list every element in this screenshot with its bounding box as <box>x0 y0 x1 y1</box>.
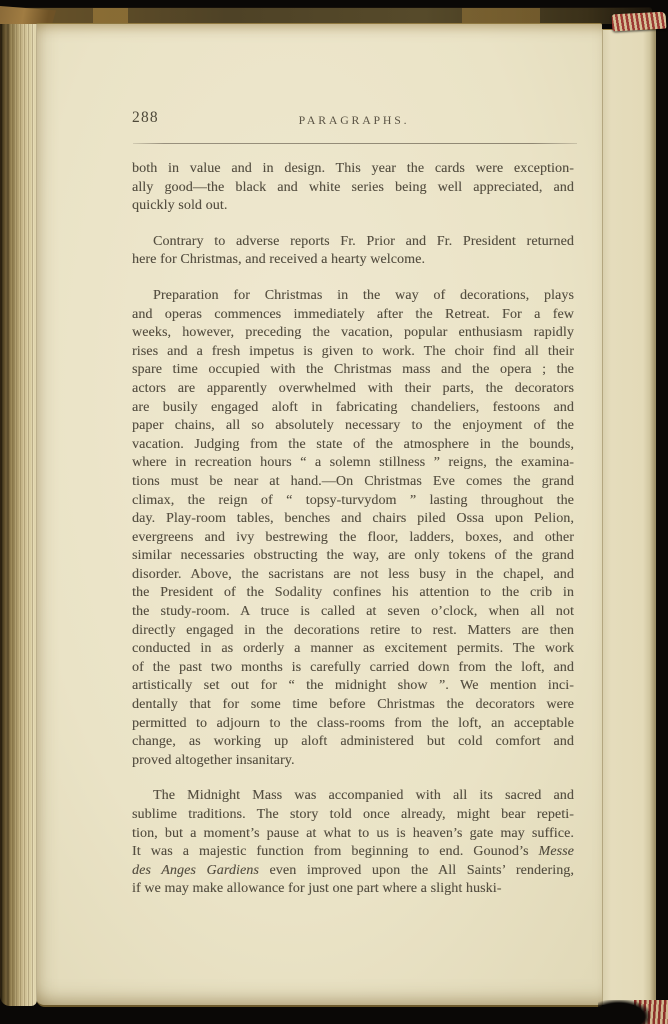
stacked-page-edges <box>0 24 37 1006</box>
text-segment: dentally that for some time before Chris… <box>132 697 574 712</box>
text-line: The Midnight Mass was accompanied with a… <box>132 787 574 806</box>
text-segment: rises and a fresh impetus is given to wo… <box>132 344 574 359</box>
text-segment: sublime traditions. The story told once … <box>132 807 574 822</box>
text-line: evergreens and ivy bestrewing the floor,… <box>132 529 574 548</box>
text-line: quickly sold out. <box>132 197 574 216</box>
paragraph: Contrary to adverse reports Fr. Prior an… <box>132 233 574 270</box>
text-segment: both in value and in design. This year t… <box>132 161 574 176</box>
header-rule <box>133 143 577 144</box>
book-cover-top-edge <box>0 7 652 24</box>
text-line: artistically set out for “ the midnight … <box>132 677 574 696</box>
text-segment: It was a majestic function from beginnin… <box>132 844 539 859</box>
text-line: day. Play-room tables, benches and chair… <box>132 510 574 529</box>
text-segment: even improved upon the All Saints’ rende… <box>259 863 574 878</box>
text-line: sublime traditions. The story told once … <box>132 806 574 825</box>
page-text: both in value and in design. This year t… <box>132 160 574 899</box>
text-segment: quickly sold out. <box>132 198 227 213</box>
text-segment: the study-room. A truce is called at sev… <box>132 604 574 619</box>
text-line: spare time occupied with the Christmas m… <box>132 361 574 380</box>
text-line: climax, the reign of “ topsy-turvydom ” … <box>132 492 574 511</box>
text-segment: The Midnight Mass was accompanied with a… <box>153 788 574 803</box>
text-line: proved altogether insanitary. <box>132 752 574 771</box>
text-segment: permitted to adjourn to the class-rooms … <box>132 716 574 731</box>
text-line: It was a majestic function from beginnin… <box>132 843 574 862</box>
text-segment: tions must be near at hand.—On Christmas… <box>132 474 574 489</box>
text-line: both in value and in design. This year t… <box>132 160 574 179</box>
text-line: vacation. Judging from the state of the … <box>132 436 574 455</box>
paragraph: Preparation for Christmas in the way of … <box>132 287 574 770</box>
text-line: where in recreation hours “ a solemn sti… <box>132 454 574 473</box>
text-line: ally good—the black and white series bei… <box>132 179 574 198</box>
text-segment: if we may make allowance for just one pa… <box>132 881 502 896</box>
text-segment: ally good—the black and white series bei… <box>132 180 574 195</box>
italic-text: Messe <box>539 844 575 859</box>
text-segment: weeks, however, preceding the vacation, … <box>132 325 574 340</box>
paragraph: both in value and in design. This year t… <box>132 160 574 216</box>
text-segment: actors are apparently overwhelmed with t… <box>132 381 574 396</box>
text-segment: here for Christmas, and received a heart… <box>132 252 425 267</box>
text-line: directly engaged in the decorations reti… <box>132 622 574 641</box>
text-segment: and operas commences immediately after t… <box>132 307 574 322</box>
italic-text: des Anges Gardiens <box>132 863 259 878</box>
text-segment: similar necessaries obstructing the way,… <box>132 548 574 563</box>
text-segment: the President of the Sodality confines h… <box>132 585 574 600</box>
text-line: conducted in as orderly a manner as exci… <box>132 640 574 659</box>
text-line: tions must be near at hand.—On Christmas… <box>132 473 574 492</box>
headband-top-right <box>612 12 667 32</box>
text-line: disorder. Above, the sacristans are not … <box>132 566 574 585</box>
text-segment: vacation. Judging from the state of the … <box>132 437 574 452</box>
text-line: tion, but a moment’s pause at what to us… <box>132 825 574 844</box>
text-line: change, as working up aloft administered… <box>132 733 574 752</box>
text-segment: day. Play-room tables, benches and chair… <box>132 511 574 526</box>
text-segment: are busily engaged aloft in fabricating … <box>132 400 574 415</box>
text-line: permitted to adjourn to the class-rooms … <box>132 715 574 734</box>
text-line: if we may make allowance for just one pa… <box>132 880 574 899</box>
text-segment: climax, the reign of “ topsy-turvydom ” … <box>132 493 574 508</box>
text-segment: change, as working up aloft administered… <box>132 734 574 749</box>
adjacent-page-edge <box>602 29 656 1005</box>
text-segment: disorder. Above, the sacristans are not … <box>132 567 574 582</box>
running-header: PARAGRAPHS. <box>132 113 576 128</box>
text-line: similar necessaries obstructing the way,… <box>132 547 574 566</box>
text-segment: spare time occupied with the Christmas m… <box>132 362 574 377</box>
text-segment: of the past two months is carefully carr… <box>132 660 574 675</box>
text-segment: conducted in as orderly a manner as exci… <box>132 641 574 656</box>
text-segment: tion, but a moment’s pause at what to us… <box>132 826 574 841</box>
text-line: Preparation for Christmas in the way of … <box>132 287 574 306</box>
text-line: rises and a fresh impetus is given to wo… <box>132 343 574 362</box>
text-line: Contrary to adverse reports Fr. Prior an… <box>132 233 574 252</box>
text-line: are busily engaged aloft in fabricating … <box>132 399 574 418</box>
text-segment: artistically set out for “ the midnight … <box>132 678 574 693</box>
text-line: of the past two months is carefully carr… <box>132 659 574 678</box>
shadow-bottom-right <box>598 1000 650 1024</box>
text-line: and operas commences immediately after t… <box>132 306 574 325</box>
text-line: the President of the Sodality confines h… <box>132 584 574 603</box>
text-line: weeks, however, preceding the vacation, … <box>132 324 574 343</box>
text-line: here for Christmas, and received a heart… <box>132 251 574 270</box>
text-segment: proved altogether insanitary. <box>132 753 295 768</box>
text-segment: Contrary to adverse reports Fr. Prior an… <box>153 234 574 249</box>
text-segment: evergreens and ivy bestrewing the floor,… <box>132 530 574 545</box>
text-segment: directly engaged in the decorations reti… <box>132 623 574 638</box>
book-page: 288 PARAGRAPHS. both in value and in des… <box>36 23 602 1007</box>
text-line: actors are apparently overwhelmed with t… <box>132 380 574 399</box>
text-segment: where in recreation hours “ a solemn sti… <box>132 455 574 470</box>
text-line: paper chains, all so absolutely necessar… <box>132 417 574 436</box>
text-line: the study-room. A truce is called at sev… <box>132 603 574 622</box>
paragraph: The Midnight Mass was accompanied with a… <box>132 787 574 899</box>
text-line: dentally that for some time before Chris… <box>132 696 574 715</box>
text-segment: paper chains, all so absolutely necessar… <box>132 418 574 433</box>
text-segment: Preparation for Christmas in the way of … <box>153 288 574 303</box>
text-line: des Anges Gardiens even improved upon th… <box>132 862 574 881</box>
